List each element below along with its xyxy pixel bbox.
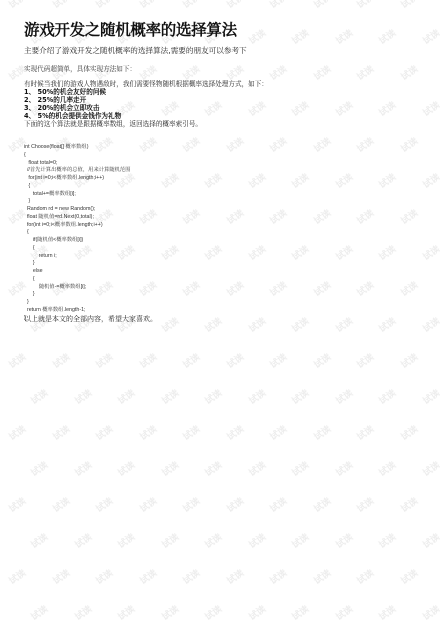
code-line: int Choose(float[] 概率数组): [24, 144, 131, 152]
code-line: {: [24, 245, 131, 253]
intro-text: 实现代码超简单，具体实现方法如下：: [24, 63, 136, 73]
list-item: 3、 20%的机会立即攻击: [24, 104, 268, 112]
paragraph-trailer: 下面的这个算法就是跟据概率数组，返回选择的概率索引号。: [24, 120, 268, 128]
code-line: for(int i=0;i<概率数组.length;i++): [24, 175, 131, 183]
code-line: float 随机值=rd.Next(0,total);: [24, 214, 131, 222]
code-line: {: [24, 229, 131, 237]
description-paragraph: 有时候当我们的游戏人物遇敌时，我们需要怪物随机根据概率选择处理方式，如下： 1、…: [24, 80, 268, 128]
code-line: }: [24, 299, 131, 307]
code-line: if(随机值<概率数组[i]): [24, 237, 131, 245]
code-line: {: [24, 276, 131, 284]
code-line: else: [24, 268, 131, 276]
code-line: Random rd = new Random();: [24, 206, 131, 214]
list-item: 1、 50%的机会友好的问候: [24, 88, 268, 96]
page-subtitle: 主要介绍了游戏开发之随机概率的选择算法,需要的朋友可以参考下: [24, 45, 247, 56]
paragraph-lead: 有时候当我们的游戏人物遇敌时，我们需要怪物随机根据概率选择处理方式，如下：: [24, 80, 268, 88]
code-line: total+=概率数组[i];: [24, 191, 131, 199]
code-line: return i;: [24, 253, 131, 261]
closing-text: 以上就是本文的全部内容，希望大家喜欢。: [24, 314, 157, 324]
code-line: }: [24, 260, 131, 268]
list-item: 2、 25%的几率走开: [24, 96, 268, 104]
code-line: }: [24, 291, 131, 299]
code-line: {: [24, 152, 131, 160]
code-line: for(int i=0;i<概率数组.length;i++): [24, 222, 131, 230]
code-line: 随机值-=概率数组[i];: [24, 284, 131, 292]
list-item: 4、 5%的机会提供金钱作为礼物: [24, 112, 268, 120]
document-page: 游戏开发之随机概率的选择算法 主要介绍了游戏开发之随机概率的选择算法,需要的朋友…: [0, 0, 440, 620]
code-line: //首先计算出概率的总值，用来计算随机范围: [24, 167, 131, 175]
page-title: 游戏开发之随机概率的选择算法: [24, 18, 237, 40]
code-line: }: [24, 198, 131, 206]
code-line: {: [24, 183, 131, 191]
code-block: int Choose(float[] 概率数组) { float total=0…: [24, 144, 131, 322]
